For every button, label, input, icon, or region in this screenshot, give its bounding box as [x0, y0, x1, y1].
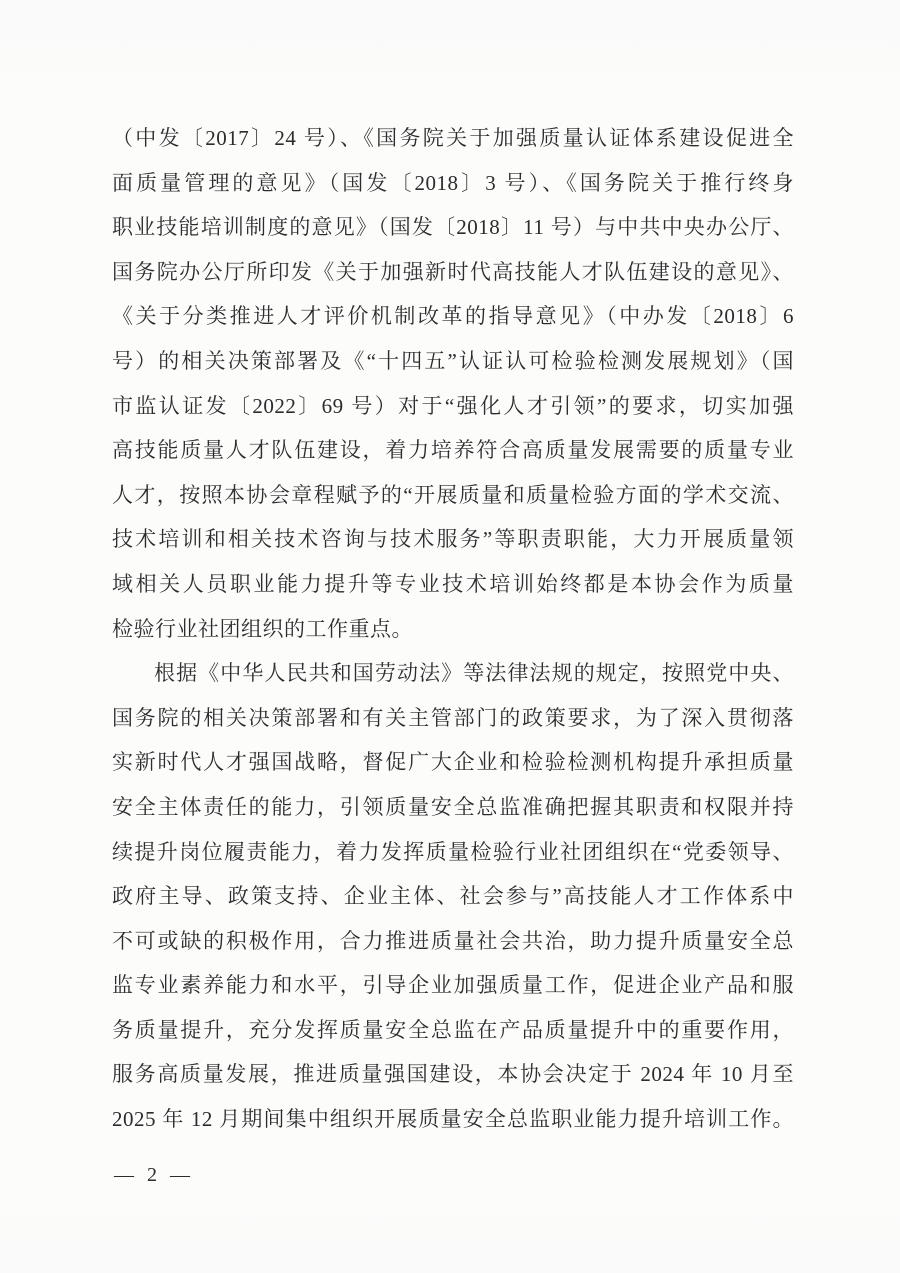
- text-line: 政府主导、政策支持、企业主体、社会参与”高技能人才工作体系中: [112, 874, 794, 919]
- text-line: 不可或缺的积极作用，合力推进质量社会共治，助力提升质量安全总: [112, 919, 794, 964]
- page-number: — 2 —: [114, 1160, 194, 1190]
- text-line: 务质量提升，充分发挥质量安全总监在产品质量提升中的重要作用，: [112, 1008, 794, 1053]
- text-line: 国务院办公厅所印发《关于加强新时代高技能人才队伍建设的意见》、: [112, 250, 794, 295]
- text-line: 国务院的相关决策部署和有关主管部门的政策要求，为了深入贯彻落: [112, 696, 794, 741]
- text-line: 监专业素养能力和水平，引导企业加强质量工作，促进企业产品和服: [112, 963, 794, 1008]
- text-line: 根据《中华人民共和国劳动法》等法律法规的规定，按照党中央、: [112, 651, 794, 696]
- text-line: 域相关人员职业能力提升等专业技术培训始终都是本协会作为质量: [112, 562, 794, 607]
- text-line: 安全主体责任的能力，引领质量安全总监准确把握其职责和权限并持: [112, 785, 794, 830]
- text-line: 技术培训和相关技术咨询与技术服务”等职责职能，大力开展质量领: [112, 517, 794, 562]
- text-line: 2025 年 12 月期间集中组织开展质量安全总监职业能力提升培训工作。: [112, 1097, 794, 1142]
- text-line: 号）的相关决策部署及《“十四五”认证认可检验检测发展规划》（国: [112, 339, 794, 384]
- text-line: 实新时代人才强国战略，督促广大企业和检验检测机构提升承担质量: [112, 740, 794, 785]
- text-line: 面质量管理的意见》（国发〔2018〕3 号）、《国务院关于推行终身: [112, 161, 794, 206]
- text-line: 人才，按照本协会章程赋予的“开展质量和质量检验方面的学术交流、: [112, 473, 794, 518]
- document-body: （中发〔2017〕24 号）、《国务院关于加强质量认证体系建设促进全 面质量管理…: [112, 116, 794, 1142]
- text-line: 《关于分类推进人才评价机制改革的指导意见》（中办发〔2018〕6: [112, 294, 794, 339]
- text-line: 服务高质量发展，推进质量强国建设，本协会决定于 2024 年 10 月至: [112, 1052, 794, 1097]
- text-line: 市监认证发〔2022〕69 号）对于“强化人才引领”的要求，切实加强: [112, 384, 794, 429]
- document-page: （中发〔2017〕24 号）、《国务院关于加强质量认证体系建设促进全 面质量管理…: [0, 0, 900, 1273]
- text-line: 职业技能培训制度的意见》（国发〔2018〕11 号）与中共中央办公厅、: [112, 205, 794, 250]
- text-line: （中发〔2017〕24 号）、《国务院关于加强质量认证体系建设促进全: [112, 116, 794, 161]
- text-line: 续提升岗位履责能力，着力发挥质量检验行业社团组织在“党委领导、: [112, 830, 794, 875]
- text-line: 检验行业社团组织的工作重点。: [112, 607, 794, 652]
- text-line: 高技能质量人才队伍建设，着力培养符合高质量发展需要的质量专业: [112, 428, 794, 473]
